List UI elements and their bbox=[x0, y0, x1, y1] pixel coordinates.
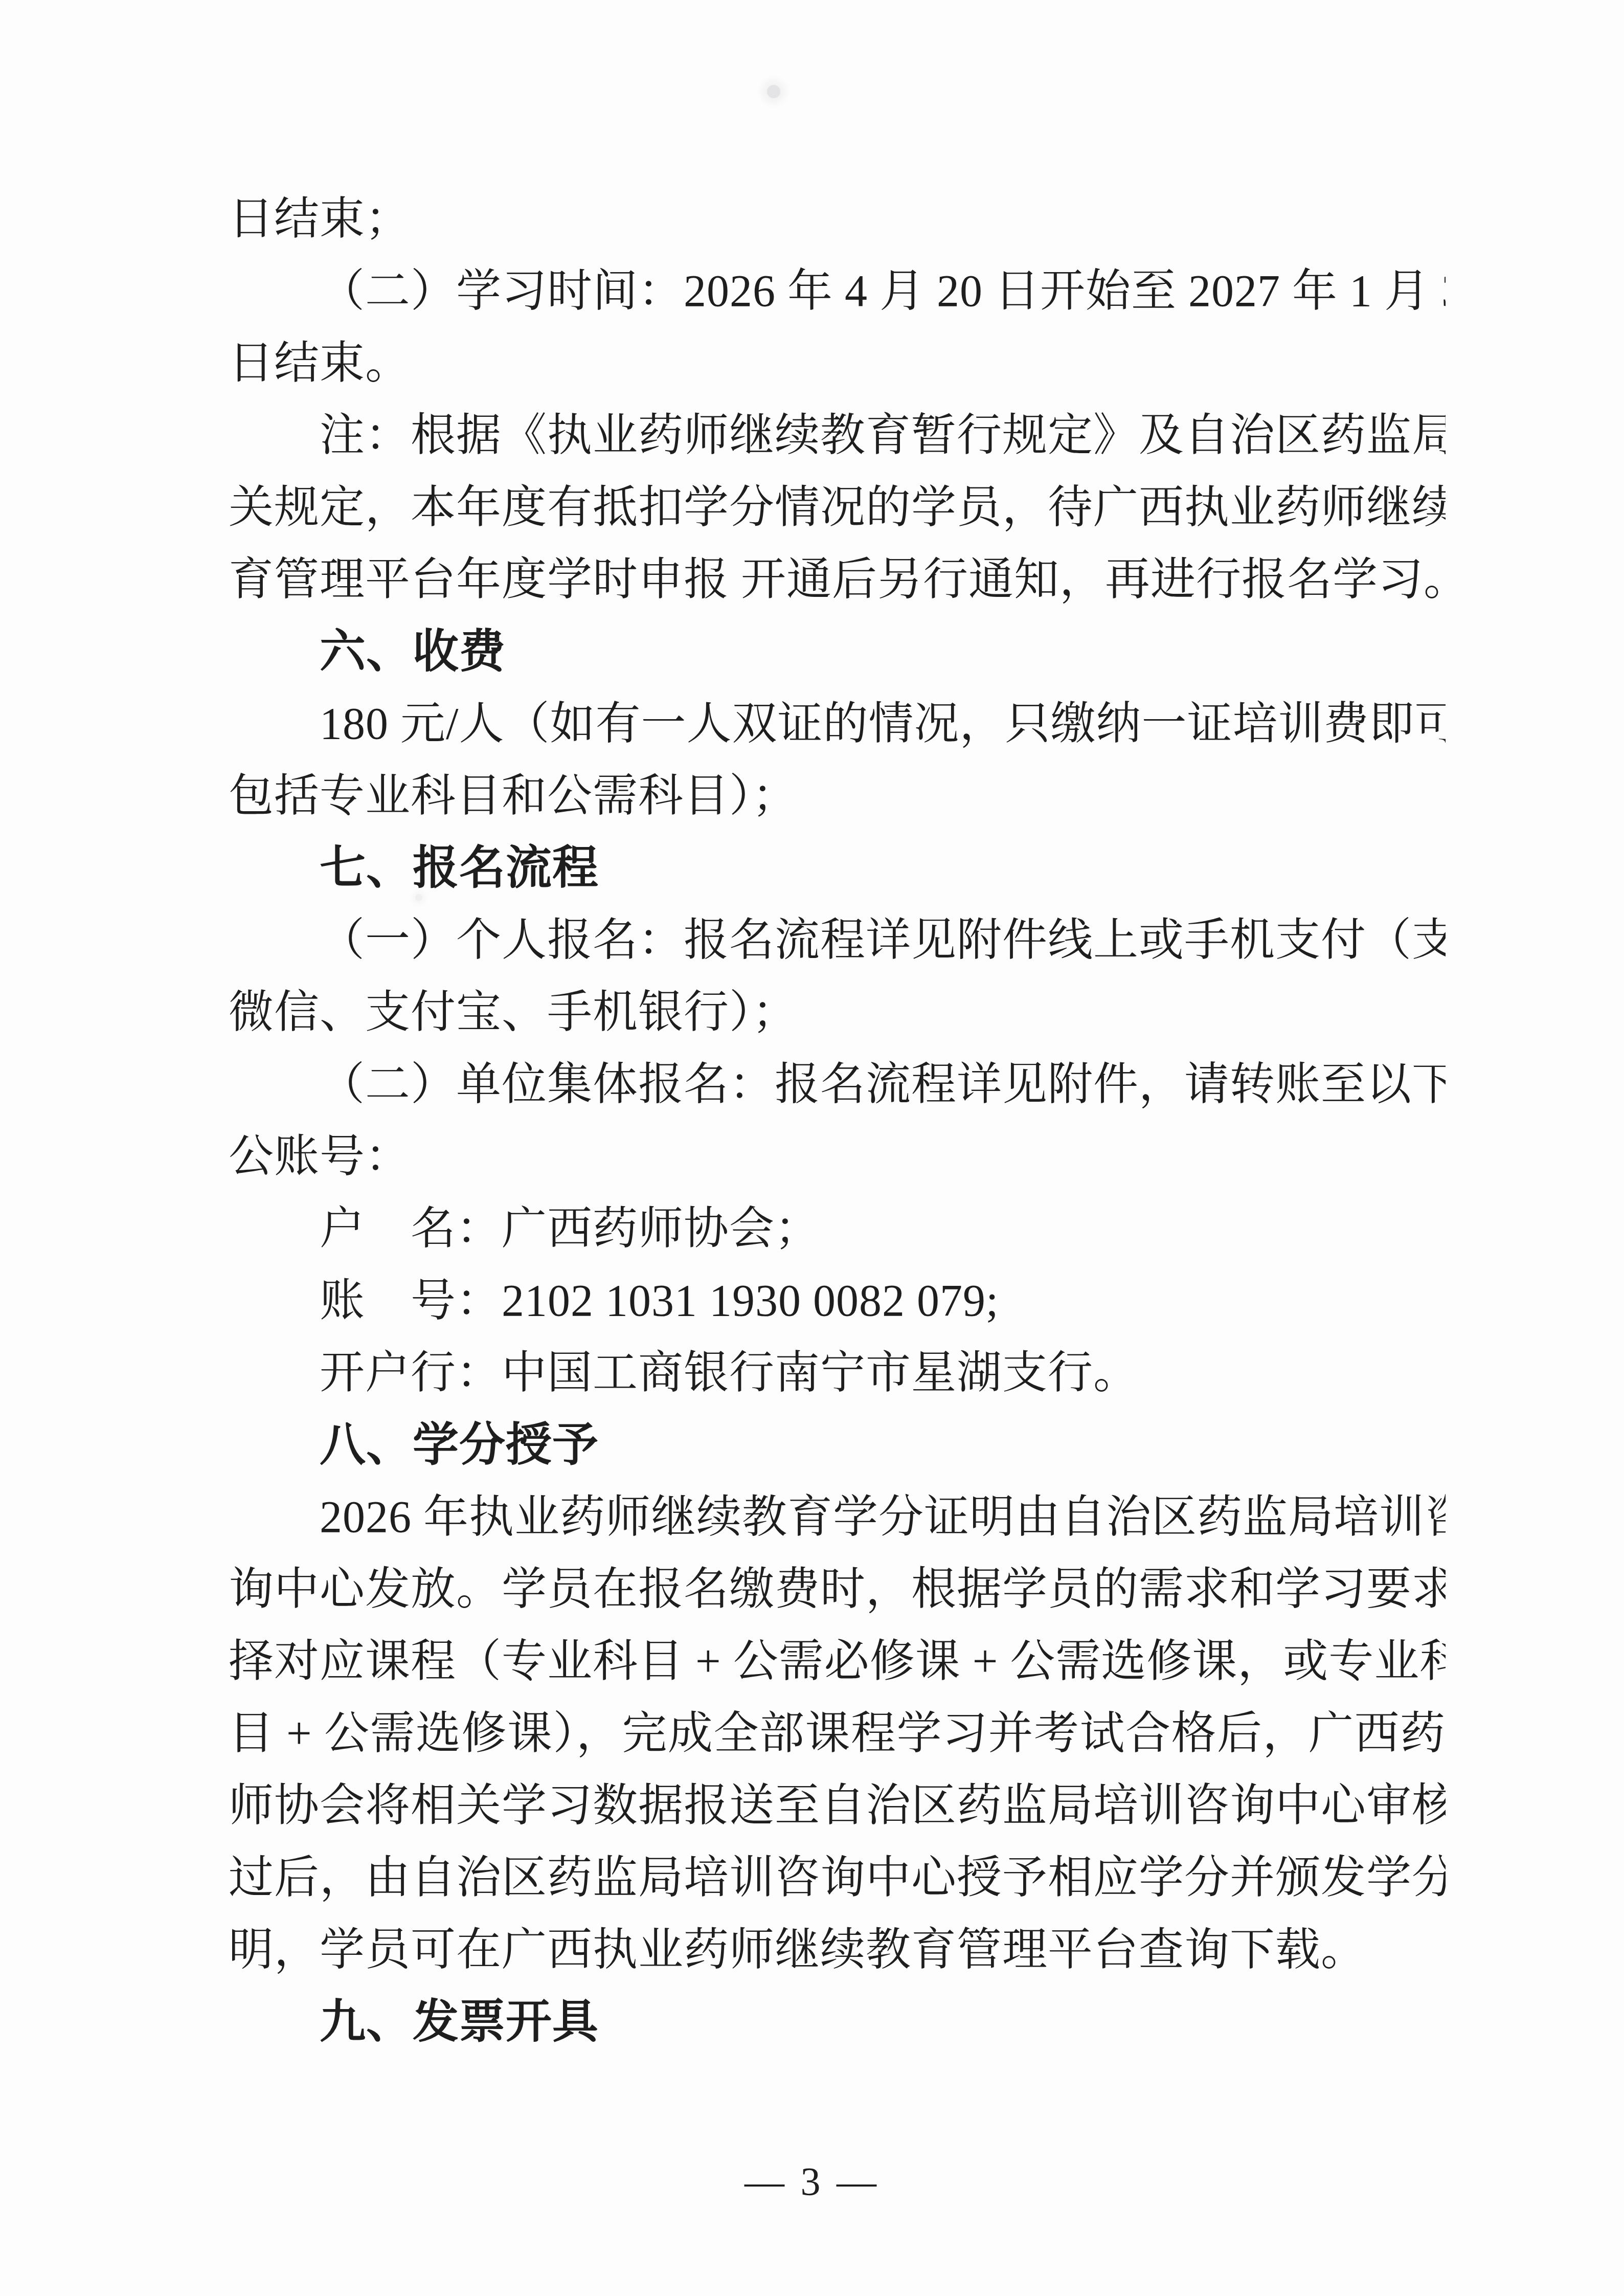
body-text-line: 育管理平台年度学时申报 开通后另行通知，再进行报名学习。 bbox=[229, 544, 1446, 616]
body-text-line: 注：根据《执业药师继续教育暂行规定》及自治区药监局相 bbox=[229, 399, 1446, 472]
body-text-line: （二）单位集体报名：报名流程详见附件，请转账至以下对 bbox=[229, 1049, 1446, 1121]
body-text-line: 过后，由自治区药监局培训咨询中心授予相应学分并颁发学分证 bbox=[229, 1842, 1446, 1914]
body-text-line: 日结束； bbox=[229, 183, 1446, 255]
body-text-line: 开户行：中国工商银行南宁市星湖支行。 bbox=[229, 1337, 1446, 1409]
body-text-line: 包括专业科目和公需科目）； bbox=[229, 760, 1446, 832]
section-heading: 九、发票开具 bbox=[229, 1986, 1446, 2058]
body-text-line: （一）个人报名：报名流程详见附件线上或手机支付（支持 bbox=[229, 904, 1446, 976]
body-text-line: 择对应课程（专业科目 + 公需必修课 + 公需选修课，或专业科 bbox=[229, 1625, 1446, 1698]
body-text-line: 目 + 公需选修课），完成全部课程学习并考试合格后，广西药 bbox=[229, 1698, 1446, 1770]
document-body: 日结束；（二）学习时间：2026 年 4 月 20 日开始至 2027 年 1 … bbox=[229, 183, 1446, 2058]
body-text-line: 询中心发放。学员在报名缴费时，根据学员的需求和学习要求选 bbox=[229, 1553, 1446, 1625]
scanned-document-page: 日结束；（二）学习时间：2026 年 4 月 20 日开始至 2027 年 1 … bbox=[0, 0, 1624, 2296]
scan-artifact-dot bbox=[767, 85, 780, 98]
body-text-line: 师协会将相关学习数据报送至自治区药监局培训咨询中心审核通 bbox=[229, 1770, 1446, 1842]
section-heading: 八、学分授予 bbox=[229, 1409, 1446, 1481]
page-number: — 3 — bbox=[0, 2153, 1624, 2210]
section-heading: 七、报名流程 bbox=[229, 832, 1446, 904]
body-text-line: 公账号： bbox=[229, 1121, 1446, 1193]
body-text-line: （二）学习时间：2026 年 4 月 20 日开始至 2027 年 1 月 31 bbox=[229, 255, 1446, 327]
body-text-line: 明，学员可在广西执业药师继续教育管理平台查询下载。 bbox=[229, 1914, 1446, 1986]
body-text-line: 180 元/人（如有一人双证的情况，只缴纳一证培训费即可， bbox=[229, 688, 1446, 760]
body-text-line: 2026 年执业药师继续教育学分证明由自治区药监局培训咨 bbox=[229, 1481, 1446, 1553]
body-text-line: 关规定，本年度有抵扣学分情况的学员，待广西执业药师继续教 bbox=[229, 472, 1446, 544]
body-text-line: 户 名：广西药师协会； bbox=[229, 1193, 1446, 1265]
body-text-line: 微信、支付宝、手机银行）； bbox=[229, 976, 1446, 1049]
section-heading: 六、收费 bbox=[229, 616, 1446, 688]
body-text-line: 账 号：2102 1031 1930 0082 079; bbox=[229, 1265, 1446, 1337]
body-text-line: 日结束。 bbox=[229, 327, 1446, 399]
